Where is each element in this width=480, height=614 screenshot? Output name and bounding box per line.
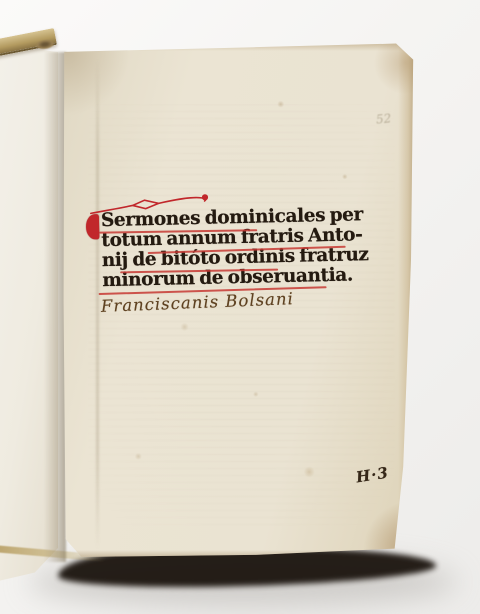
book-photograph: Sermones dominicales per totum annum fra… (0, 0, 480, 614)
faint-pencil-mark: 52 (375, 111, 392, 127)
printed-title-block: Sermones dominicales per totum annum fra… (85, 200, 398, 327)
gutter-shadow (44, 52, 66, 562)
spine-knot (35, 39, 54, 50)
